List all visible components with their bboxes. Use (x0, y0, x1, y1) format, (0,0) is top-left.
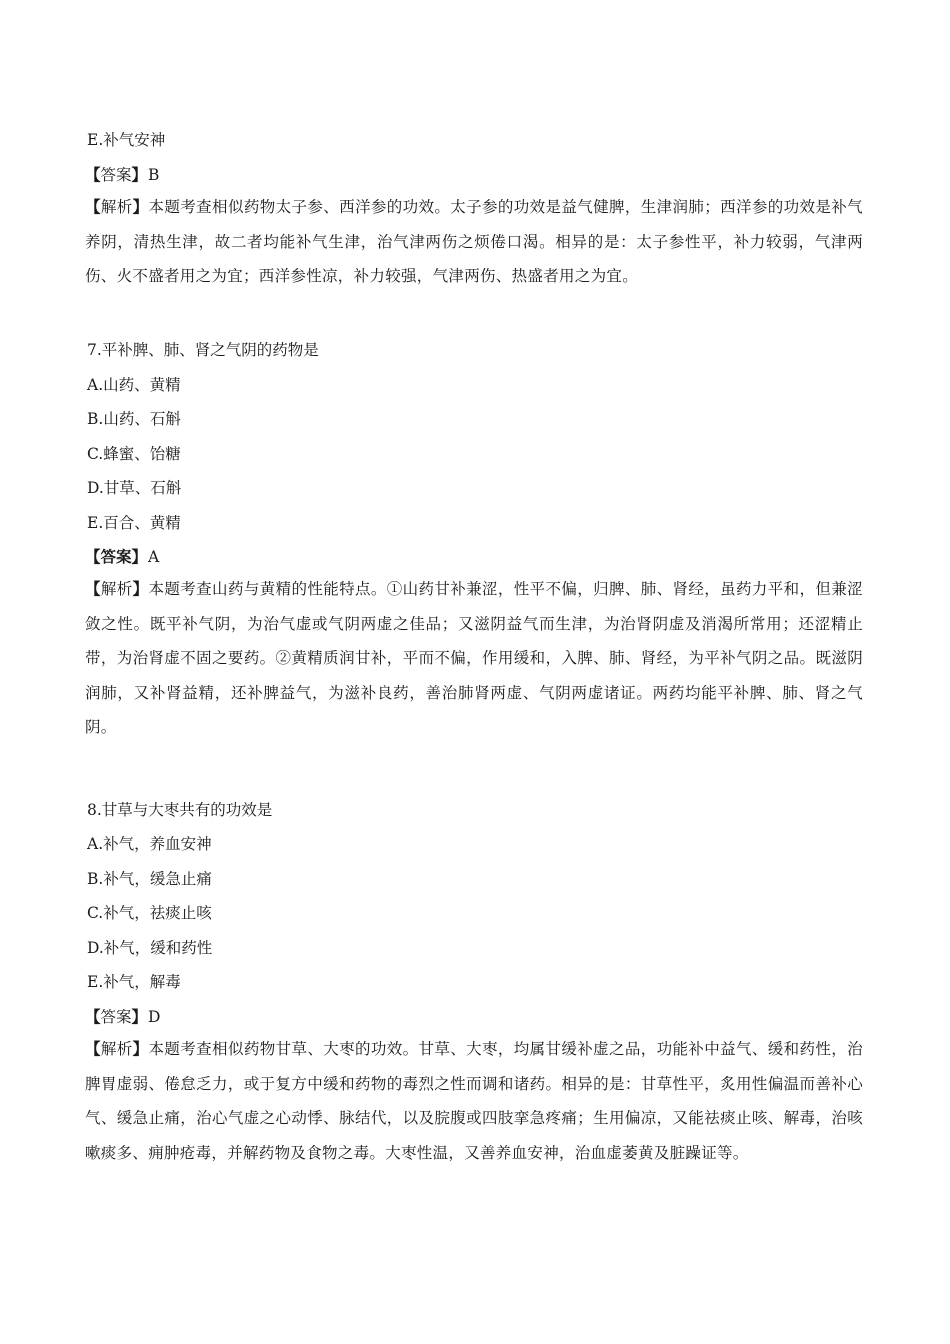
open-bracket: 【 (85, 165, 101, 184)
open-bracket: 【 (85, 1039, 101, 1058)
close-bracket: 】 (132, 165, 148, 184)
answer-label: 答案 (101, 1008, 132, 1026)
question7-answer: 【答案】A (85, 547, 159, 567)
open-bracket: 【 (85, 197, 101, 216)
analysis-label: 解析 (101, 580, 133, 598)
question8-option-c: C.补气，祛痰止咳 (87, 903, 212, 923)
answer-value: B (148, 166, 159, 184)
answer-label: 答案 (101, 166, 132, 184)
open-bracket: 【 (85, 547, 101, 566)
question8-option-d: D.补气，缓和药性 (87, 938, 212, 958)
prev-option-e: E.补气安神 (87, 130, 165, 150)
question7-analysis: 【解析】本题考查山药与黄精的性能特点。①山药甘补兼涩，性平不偏，归脾、肺、肾经，… (85, 572, 863, 745)
analysis-text: 本题考查山药与黄精的性能特点。①山药甘补兼涩，性平不偏，归脾、肺、肾经，虽药力平… (85, 580, 863, 736)
analysis-text: 本题考查相似药物太子参、西洋参的功效。太子参的功效是益气健脾，生津润肺；西洋参的… (85, 198, 863, 285)
question7-option-d: D.甘草、石斛 (87, 478, 181, 498)
question7-option-b: B.山药、石斛 (87, 409, 181, 429)
question7-option-e: E.百合、黄精 (87, 513, 181, 533)
question8-option-b: B.补气，缓急止痛 (87, 869, 212, 889)
close-bracket: 】 (133, 579, 149, 598)
prev-analysis: 【解析】本题考查相似药物太子参、西洋参的功效。太子参的功效是益气健脾，生津润肺；… (85, 190, 863, 294)
close-bracket: 】 (132, 547, 148, 566)
analysis-text: 本题考查相似药物甘草、大枣的功效。甘草、大枣，均属甘缓补虚之品，功能补中益气、缓… (85, 1040, 863, 1162)
answer-value: A (148, 548, 159, 566)
open-bracket: 【 (85, 579, 101, 598)
question8-option-e: E.补气，解毒 (87, 972, 181, 992)
question8-answer: 【答案】D (85, 1007, 160, 1027)
question8-stem: 8.甘草与大枣共有的功效是 (87, 800, 272, 820)
question8-option-a: A.补气，养血安神 (87, 834, 212, 854)
answer-value: D (148, 1008, 160, 1026)
close-bracket: 】 (133, 197, 149, 216)
prev-answer: 【答案】B (85, 165, 159, 185)
open-bracket: 【 (85, 1007, 101, 1026)
analysis-label: 解析 (101, 198, 133, 216)
close-bracket: 】 (132, 1007, 148, 1026)
answer-label: 答案 (101, 547, 132, 566)
analysis-label: 解析 (101, 1040, 133, 1058)
question7-option-a: A.山药、黄精 (87, 375, 181, 395)
close-bracket: 】 (133, 1039, 149, 1058)
question7-option-c: C.蜂蜜、饴糖 (87, 444, 181, 464)
question7-stem: 7.平补脾、肺、肾之气阴的药物是 (87, 340, 319, 360)
question8-analysis: 【解析】本题考查相似药物甘草、大枣的功效。甘草、大枣，均属甘缓补虚之品，功能补中… (85, 1032, 863, 1170)
